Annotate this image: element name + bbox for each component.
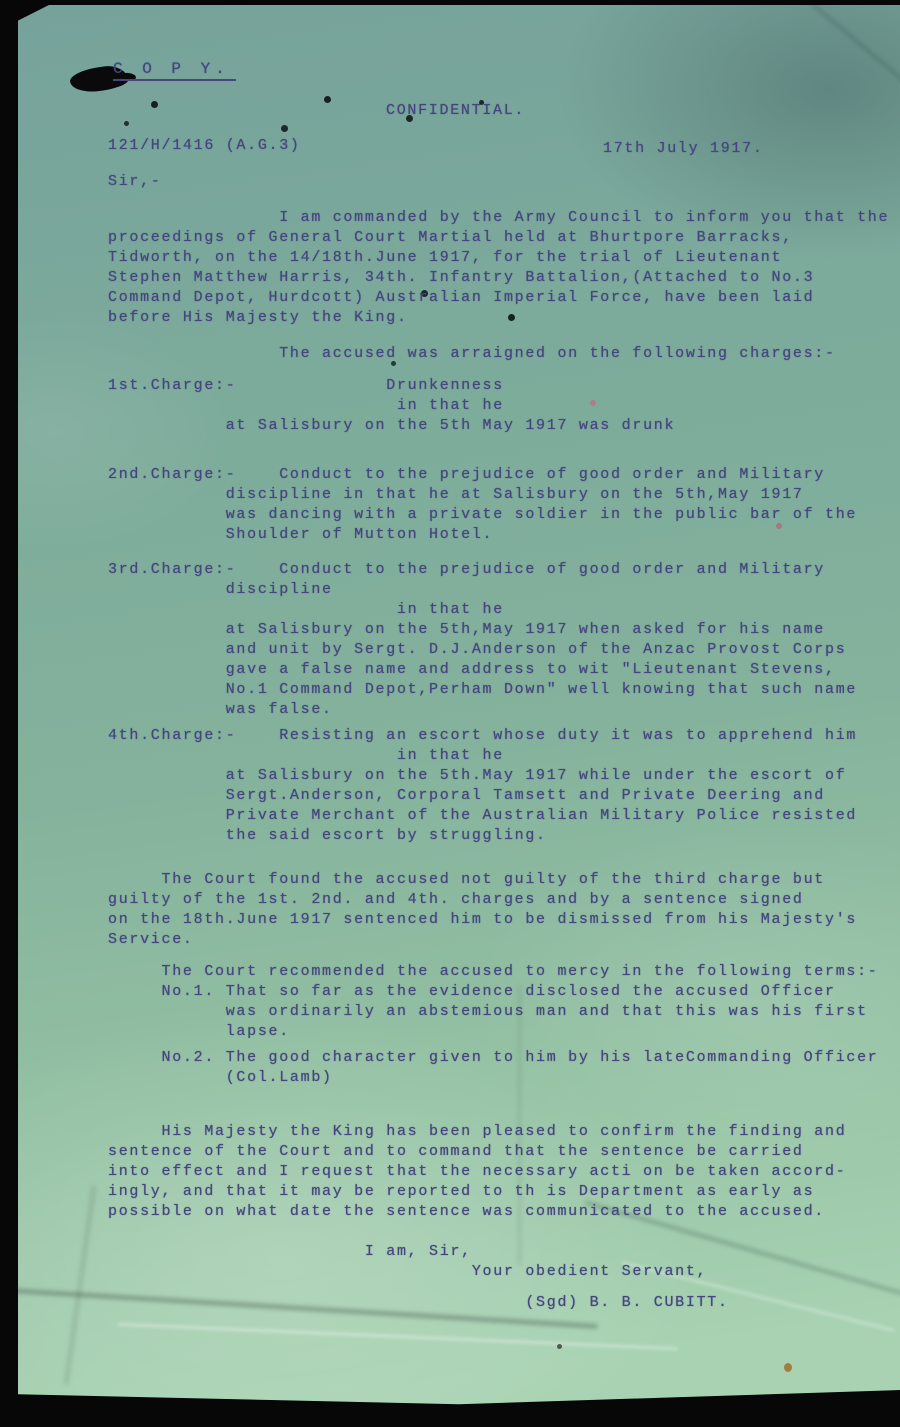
scanned-document: C O P Y. CONFIDENTIAL. 121/H/1416 (A.G.3… (0, 0, 900, 1427)
text-line: discipline in that he at Salisbury on th… (108, 485, 857, 505)
text-line: gave a false name and address to wit "Li… (108, 660, 857, 680)
paragraph: His Majesty the King has been pleased to… (108, 1122, 846, 1222)
ink-specks (18, 5, 21, 8)
text-line: The accused was arraigned on the followi… (108, 344, 836, 364)
paragraph: 1st.Charge:- Drunkenness in that he at S… (108, 376, 675, 436)
paragraph: The Court recommended the accused to mer… (108, 962, 879, 1042)
text-line: No.1. That so far as the evidence disclo… (108, 982, 879, 1002)
text-line: at Salisbury on the 5th May 1917 was dru… (108, 416, 675, 436)
paragraph: The accused was arraigned on the followi… (108, 344, 836, 364)
paragraph: Your obedient Servant, (108, 1262, 707, 1282)
text-line: Sergt.Anderson, Corporal Tamsett and Pri… (108, 786, 857, 806)
text-line: ingly, and that it may be reported to th… (108, 1182, 846, 1202)
paragraph: (Sgd) B. B. CUBITT. (108, 1293, 729, 1313)
text-line: sentence of the Court and to command tha… (108, 1142, 846, 1162)
text-line: Command Depot, Hurdcott) Australian Impe… (108, 288, 889, 308)
text-line: into effect and I request that the neces… (108, 1162, 846, 1182)
text-line: in that he (108, 600, 857, 620)
text-line: 2nd.Charge:- Conduct to the prejudice of… (108, 465, 857, 485)
paragraph: I am, Sir, (108, 1242, 472, 1262)
text-line: Private Merchant of the Australian Milit… (108, 806, 857, 826)
text-line: Service. (108, 930, 857, 950)
text-line: lapse. (108, 1022, 879, 1042)
paragraph: 4th.Charge:- Resisting an escort whose d… (108, 726, 857, 846)
document-body: I am commanded by the Army Council to in… (18, 5, 900, 1427)
paragraph: I am commanded by the Army Council to in… (108, 208, 889, 328)
text-line: 3rd.Charge:- Conduct to the prejudice of… (108, 560, 857, 580)
text-line: discipline (108, 580, 857, 600)
text-line: Stephen Matthew Harris, 34th. Infantry B… (108, 268, 889, 288)
paper-sheet: C O P Y. CONFIDENTIAL. 121/H/1416 (A.G.3… (18, 5, 900, 1427)
text-line: Shoulder of Mutton Hotel. (108, 525, 857, 545)
text-line: The Court recommended the accused to mer… (108, 962, 879, 982)
text-line: was ordinarily an abstemious man and tha… (108, 1002, 879, 1022)
text-line: on the 18th.June 1917 sentenced him to b… (108, 910, 857, 930)
text-line: in that he (108, 396, 675, 416)
text-line: proceedings of General Court Martial hel… (108, 228, 889, 248)
text-line: possible on what date the sentence was c… (108, 1202, 846, 1222)
text-line: Your obedient Servant, (108, 1262, 707, 1282)
paragraph: The Court found the accused not guilty o… (108, 870, 857, 950)
text-line: No.2. The good character given to him by… (108, 1048, 879, 1068)
text-line: Tidworth, on the 14/18th.June 1917, for … (108, 248, 889, 268)
text-line: (Sgd) B. B. CUBITT. (108, 1293, 729, 1313)
paragraph: No.2. The good character given to him by… (108, 1048, 879, 1088)
text-line: 1st.Charge:- Drunkenness (108, 376, 675, 396)
text-line: at Salisbury on the 5th,May 1917 when as… (108, 620, 857, 640)
text-line: at Salisbury on the 5th.May 1917 while u… (108, 766, 857, 786)
text-line: His Majesty the King has been pleased to… (108, 1122, 846, 1142)
text-line: and unit by Sergt. D.J.Anderson of the A… (108, 640, 857, 660)
paragraph: 2nd.Charge:- Conduct to the prejudice of… (108, 465, 857, 545)
text-line: I am commanded by the Army Council to in… (108, 208, 889, 228)
paragraph: 3rd.Charge:- Conduct to the prejudice of… (108, 560, 857, 720)
text-line: (Col.Lamb) (108, 1068, 879, 1088)
text-line: I am, Sir, (108, 1242, 472, 1262)
text-line: The Court found the accused not guilty o… (108, 870, 857, 890)
text-line: before His Majesty the King. (108, 308, 889, 328)
text-line: was false. (108, 700, 857, 720)
text-line: in that he (108, 746, 857, 766)
text-line: guilty of the 1st. 2nd. and 4th. charges… (108, 890, 857, 910)
text-line: 4th.Charge:- Resisting an escort whose d… (108, 726, 857, 746)
text-line: the said escort by struggling. (108, 826, 857, 846)
text-line: No.1 Command Depot,Perham Down" well kno… (108, 680, 857, 700)
text-line: was dancing with a private soldier in th… (108, 505, 857, 525)
